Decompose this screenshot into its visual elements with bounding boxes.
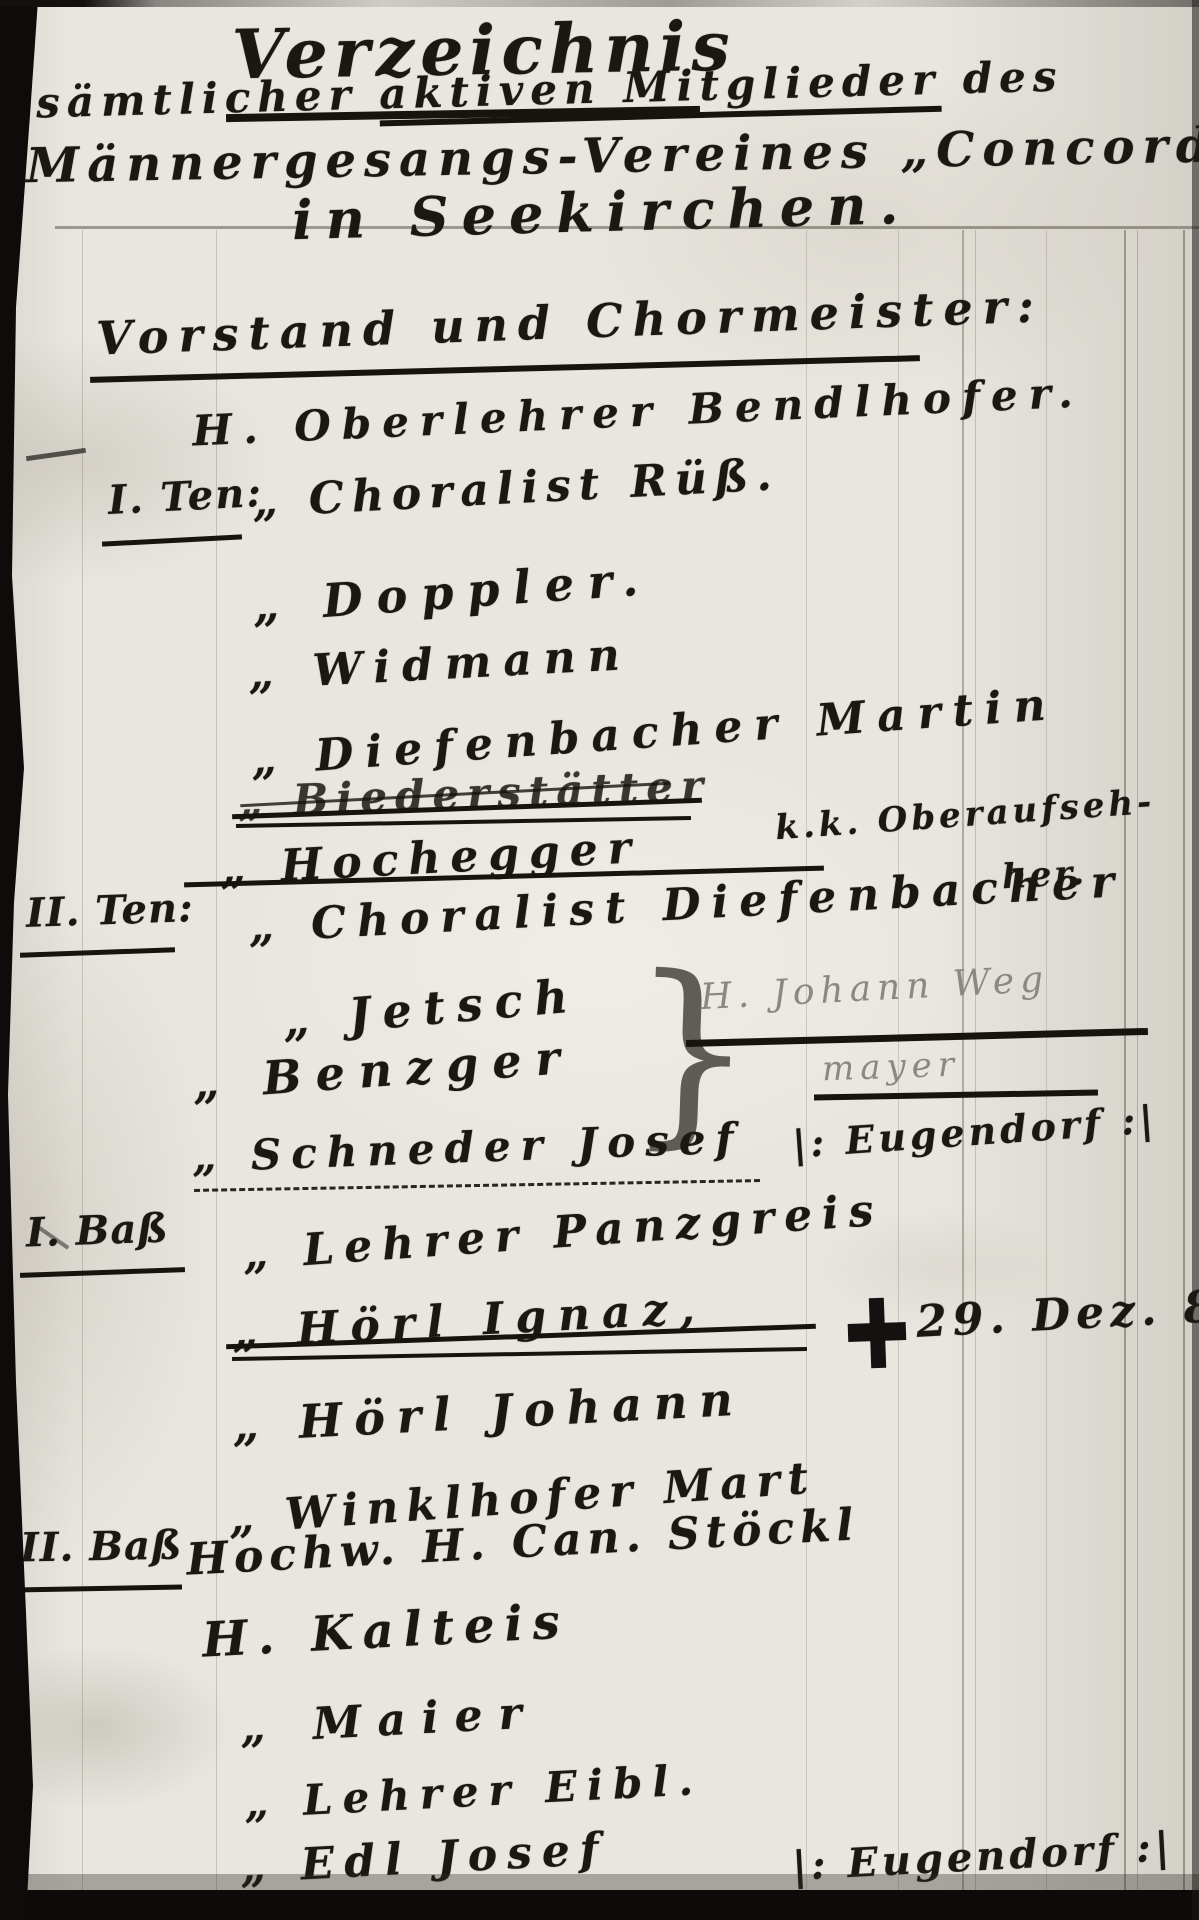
manuscript-page: Verzeichnis sämtlicher aktiven Mitgliede… bbox=[0, 0, 1199, 1920]
column-rule bbox=[1124, 230, 1126, 1892]
label-underline bbox=[14, 1585, 182, 1593]
entry-lehrer-eibl: „ Lehrer Eibl. bbox=[243, 1758, 704, 1826]
section-label-tenor2: II. Ten: bbox=[25, 887, 194, 935]
label-underline bbox=[20, 947, 175, 957]
column-rule bbox=[975, 230, 976, 1892]
pencil-note-underline bbox=[814, 1090, 1098, 1101]
dashed-underline bbox=[194, 1179, 760, 1192]
label-underline bbox=[20, 1267, 185, 1278]
label-underline bbox=[102, 534, 242, 546]
pen-mark bbox=[26, 448, 86, 461]
bottom-photo-edge bbox=[0, 1890, 1199, 1920]
column-rule bbox=[962, 230, 964, 1892]
memorial-cross-icon bbox=[847, 1297, 907, 1369]
entry-lehrer-panzgreis: „ Lehrer Panzgreis bbox=[241, 1188, 885, 1279]
column-rule bbox=[82, 230, 83, 1892]
pencil-note-wegmayer-2: mayer bbox=[821, 1048, 960, 1088]
column-rule bbox=[806, 230, 807, 1892]
board-heading: Vorstand und Chormeister: bbox=[95, 281, 1044, 362]
conductor-name: H. Oberlehrer Bendlhofer. bbox=[191, 371, 1084, 454]
section-label-bass2: II. Baß bbox=[20, 1525, 183, 1570]
entry-hoerl-johann: „ Hörl Johann bbox=[231, 1375, 746, 1450]
entry-kalteis: H. Kalteis bbox=[201, 1596, 571, 1666]
entry-schneder-josef: „ Schneder Josef bbox=[191, 1116, 744, 1179]
left-photo-edge bbox=[0, 0, 40, 1920]
column-rule bbox=[1183, 230, 1185, 1892]
entry-doppler: „ Doppler. bbox=[251, 554, 654, 630]
subtitle-pre: sämtlicher bbox=[36, 69, 380, 127]
place-line: in Seekirchen. bbox=[291, 176, 912, 249]
death-date: 29. Dez. 880 bbox=[915, 1280, 1199, 1346]
right-photo-edge bbox=[1192, 0, 1199, 1920]
entry-choralist-ruess: „ Choralist Rüß. bbox=[251, 452, 781, 526]
entry-widmann: „ Widmann bbox=[247, 632, 633, 698]
entry-maier: „ Maier bbox=[239, 1690, 539, 1752]
top-photo-edge bbox=[0, 0, 1199, 7]
note-oberaufseher-1: k.k. Oberaufseh- bbox=[774, 785, 1156, 847]
subtitle-line: sämtlicher aktiven Mitglieder des bbox=[36, 55, 1064, 126]
section-label-tenor1: I. Ten: bbox=[107, 472, 264, 522]
entry-benzger: „ Benzger bbox=[191, 1033, 575, 1108]
subtitle-post: des bbox=[940, 52, 1064, 104]
column-rule bbox=[1046, 230, 1047, 1892]
column-rule bbox=[1137, 230, 1138, 1892]
